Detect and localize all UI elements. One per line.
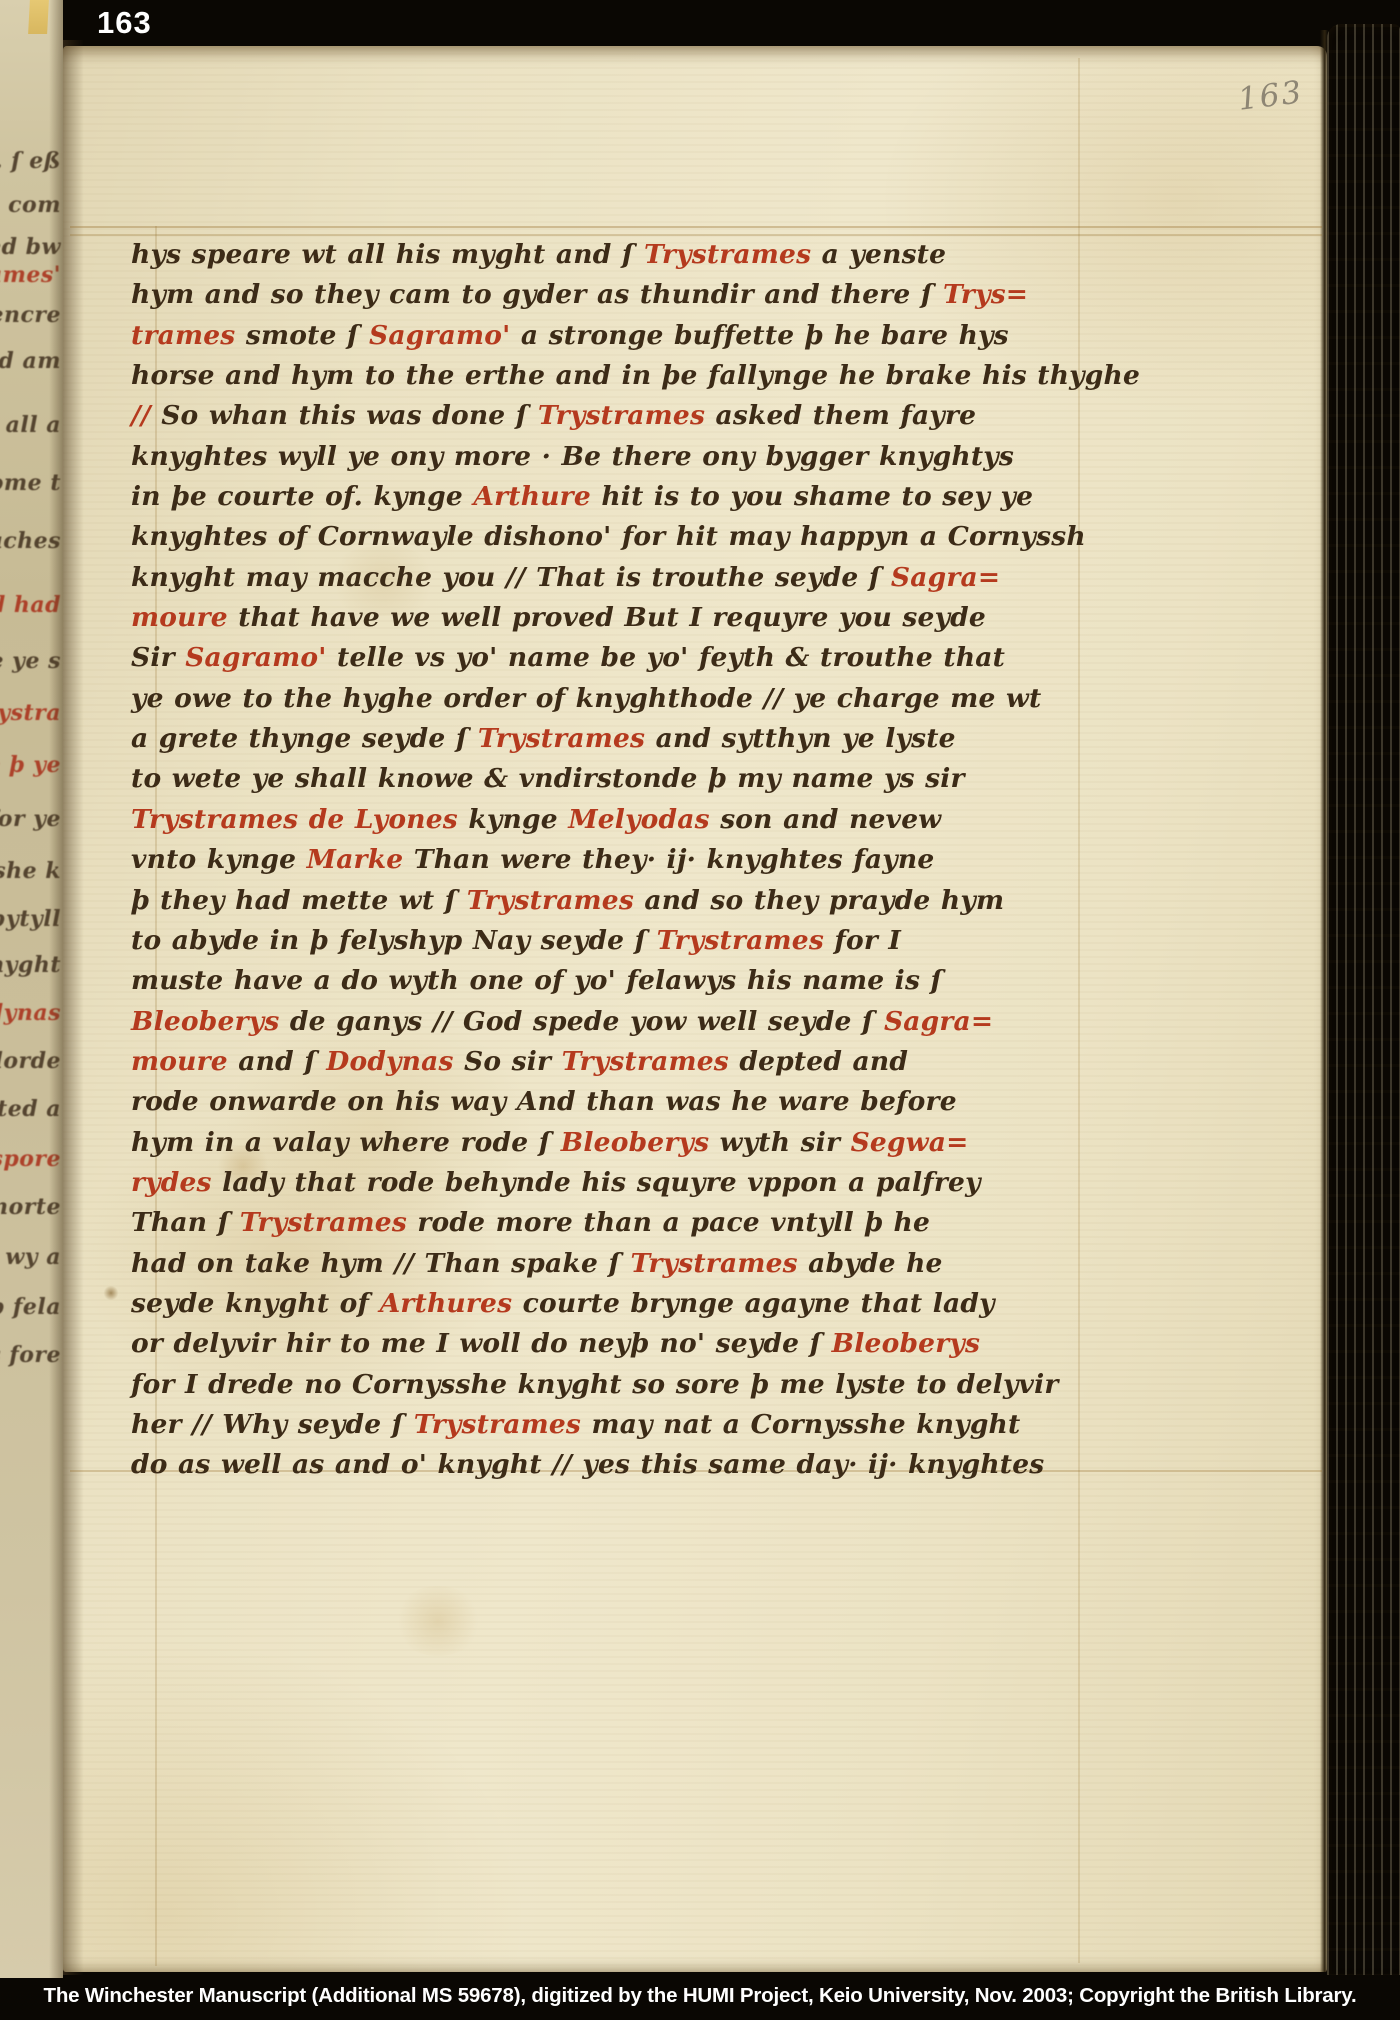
manuscript-line: hym and so they cam to gyder as thundir … xyxy=(131,275,1091,315)
rubricated-name: Trystrames xyxy=(478,723,645,754)
ink-text: So sir xyxy=(454,1046,562,1077)
rubricated-name: Trystrames de Lyones xyxy=(131,804,458,835)
ink-text: son and nevew xyxy=(710,804,942,835)
facing-page-text-fragment: they come t xyxy=(0,470,61,496)
ink-text: So whan this was done ſ xyxy=(161,400,538,431)
ink-text: for I xyxy=(824,925,901,956)
facing-page-text-fragment: yded bw xyxy=(0,234,61,260)
manuscript-text-block: hys speare wt all his myght and ſ Trystr… xyxy=(131,235,1091,1486)
ink-text: knyghtes wyll ye ony more · Be there ony… xyxy=(131,441,1014,472)
page-number-overlay: 163 xyxy=(97,5,152,41)
facing-page-text-fragment: omue þ ye xyxy=(0,752,61,778)
ink-text: de ganys // God spede yow well seyde ſ xyxy=(279,1006,883,1037)
ink-text: hym and so they cam to gyder as thundir … xyxy=(131,279,943,310)
ink-text: for I drede no Cornysshe knyght so sore … xyxy=(131,1369,1059,1400)
ink-text: and sytthyn ye lyste xyxy=(645,723,956,754)
ink-text: seyde knyght of xyxy=(131,1288,380,1319)
rubricated-name: Trys= xyxy=(943,279,1028,310)
ink-text: to wete ye shall knowe & vndirstonde þ m… xyxy=(131,763,965,794)
rubricated-name: Trystrames xyxy=(657,925,824,956)
ink-text: hym in a valay where rode ſ xyxy=(131,1127,561,1158)
manuscript-line: moure that have we well proved But I req… xyxy=(131,598,1091,638)
ink-text: had on take hym // Than spake ſ xyxy=(131,1248,630,1279)
facing-page-text-fragment: rstrames' xyxy=(0,262,61,288)
manuscript-line: horse and hym to the erthe and in þe fal… xyxy=(131,356,1091,396)
rubricated-name: Trystrames xyxy=(240,1207,407,1238)
facing-page-text-fragment: ay' for ye xyxy=(0,806,61,832)
rubricated-name: Dodynas xyxy=(326,1046,453,1077)
bookmark-tab xyxy=(28,0,49,34)
rubricated-name: Trystrames xyxy=(414,1409,581,1440)
caption-bar: The Winchester Manuscript (Additional MS… xyxy=(0,1972,1400,2020)
manuscript-line: vnto kynge Marke Than were they· ij· kny… xyxy=(131,840,1091,880)
ink-text: Than ſ xyxy=(131,1207,240,1238)
caption-text: The Winchester Manuscript (Additional MS… xyxy=(44,1984,1357,2008)
ruling-line-top-1 xyxy=(70,226,1322,228)
rubricated-name: Bleoberys xyxy=(832,1328,980,1359)
ink-text: a yenste xyxy=(811,239,946,270)
rubricated-name: Segwa= xyxy=(851,1127,969,1158)
ink-text: may nat a Cornysshe knyght xyxy=(581,1409,1020,1440)
ink-text: that have we well proved But I requyre y… xyxy=(228,602,986,633)
facing-page-text-fragment: d I and am xyxy=(0,348,61,374)
manuscript-line: þ they had mette wt ſ Trystrames and so … xyxy=(131,881,1091,921)
rubricated-name: Trystrames xyxy=(538,400,705,431)
ink-text: in þe courte of. kynge xyxy=(131,481,473,512)
facing-page-text-fragment: epted a xyxy=(0,1096,61,1122)
facing-page-text-fragment: t bytyll xyxy=(0,906,61,932)
manuscript-line: her // Why seyde ſ Trystrames may nat a … xyxy=(131,1405,1091,1445)
facing-page-text-fragment: yo' lorde xyxy=(0,1048,61,1074)
ink-text: wyth sir xyxy=(709,1127,850,1158)
rubricated-name: // xyxy=(131,400,161,431)
manuscript-line: in þe courte of. kynge Arthure hit is to… xyxy=(131,477,1091,517)
facing-page-text-fragment: es' and had xyxy=(0,592,61,618)
manuscript-line: to wete ye shall knowe & vndirstonde þ m… xyxy=(131,759,1091,799)
ink-text: knyghtes of Cornwayle dishono' for hit m… xyxy=(131,521,1086,552)
ink-text: rode onwarde on his way And than was he … xyxy=(131,1086,957,1117)
rubricated-name: Arthure xyxy=(473,481,591,512)
facing-page-text-fragment: . y. ſ eß xyxy=(0,148,61,174)
rubricated-name: Marke xyxy=(307,844,404,875)
rubricated-name: Sagra= xyxy=(891,562,1000,593)
ink-text: or delyvir hir to me I woll do neyþ no' … xyxy=(131,1328,832,1359)
rubricated-name: Sagramo' xyxy=(185,642,326,673)
fore-edge-page-stack xyxy=(1327,24,1400,1975)
manuscript-line: knyghtes of Cornwayle dishono' for hit m… xyxy=(131,517,1091,557)
ink-text: lady that rode behynde his squyre vppon … xyxy=(212,1167,981,1198)
rubricated-name: Bleoberys xyxy=(131,1006,279,1037)
manuscript-line: hym in a valay where rode ſ Bleoberys wy… xyxy=(131,1123,1091,1163)
facing-page-text-fragment: m fnyght xyxy=(0,952,61,978)
facing-page-edge-strip: . y. ſ eßoode comyded bwrstrames'ole to … xyxy=(0,0,63,1978)
ink-text: depted and xyxy=(729,1046,908,1077)
facing-page-text-fragment: a ſ Trystra xyxy=(0,700,61,726)
facing-page-text-fragment: wyth all a xyxy=(0,412,61,438)
manuscript-line: Trystrames de Lyones kynge Melyodas son … xyxy=(131,800,1091,840)
ink-text: þ they had mette wt ſ xyxy=(131,885,467,916)
rubricated-name: rydes xyxy=(131,1167,212,1198)
facing-page-text-fragment: oode com xyxy=(0,192,61,218)
manuscript-line: rydes lady that rode behynde his squyre … xyxy=(131,1163,1091,1203)
manuscript-line: had on take hym // Than spake ſ Trystram… xyxy=(131,1244,1091,1284)
facing-page-text-fragment: ole to encre xyxy=(0,302,61,328)
ink-text: hys speare wt all his myght and ſ xyxy=(131,239,644,270)
rubricated-name: moure xyxy=(131,1046,228,1077)
ink-text: asked them fayre xyxy=(705,400,976,431)
manuscript-line: rode onwarde on his way And than was he … xyxy=(131,1082,1091,1122)
facing-page-text-fragment: Sir be ye s xyxy=(0,648,61,674)
ink-text: knyght may macche you // That is trouthe… xyxy=(131,562,891,593)
manuscript-line: trames smote ſ Sagramo' a stronge buffet… xyxy=(131,316,1091,356)
facing-page-text-fragment: and wy a xyxy=(0,1244,61,1270)
page-edge-crease xyxy=(1320,30,1328,1972)
fore-edge-streaks xyxy=(1327,24,1400,1975)
rubricated-name: Melyodas xyxy=(568,804,710,835)
facing-page-text-fragment: waes fore xyxy=(0,1342,61,1368)
manuscript-line: Bleoberys de ganys // God spede yow well… xyxy=(131,1002,1091,1042)
ink-text: her // Why seyde ſ xyxy=(131,1409,414,1440)
ink-text: Sir xyxy=(131,642,185,673)
manuscript-line: for I drede no Cornysshe knyght so sore … xyxy=(131,1365,1091,1405)
manuscript-line: // So whan this was done ſ Trystrames as… xyxy=(131,396,1091,436)
gutter-shadow xyxy=(63,40,89,1975)
manuscript-line: or delyvir hir to me I woll do neyþ no' … xyxy=(131,1324,1091,1364)
rubricated-name: Bleoberys xyxy=(561,1127,709,1158)
ink-text: vnto kynge xyxy=(131,844,307,875)
facing-page-text-fragment: nysshe k xyxy=(0,858,61,884)
manuscript-line: hys speare wt all his myght and ſ Trystr… xyxy=(131,235,1091,275)
manuscript-line: Sir Sagramo' telle vs yo' name be yo' fe… xyxy=(131,638,1091,678)
ink-text: kynge xyxy=(458,804,568,835)
manuscript-line: moure and ſ Dodynas So sir Trystrames de… xyxy=(131,1042,1091,1082)
ink-text: rode more than a pace vntyll þ he xyxy=(407,1207,930,1238)
facing-page-text-fragment: mauches xyxy=(0,528,61,554)
ink-text: smote ſ xyxy=(235,320,369,351)
ink-text: a grete thynge seyde ſ xyxy=(131,723,478,754)
ink-text: to abyde in þ felyshyp Nay seyde ſ xyxy=(131,925,657,956)
manuscript-line: Than ſ Trystrames rode more than a pace … xyxy=(131,1203,1091,1243)
ink-text: and so they prayde hym xyxy=(634,885,1004,916)
manuscript-line: knyght may macche you // That is trouthe… xyxy=(131,558,1091,598)
ink-text: horse and hym to the erthe and in þe fal… xyxy=(131,360,1140,391)
facing-page-text-fragment: nas' spore xyxy=(0,1146,61,1172)
rubricated-name: Trystrames xyxy=(644,239,811,270)
rubricated-name: Trystrames xyxy=(467,885,634,916)
ink-text: courte brynge agayne that lady xyxy=(512,1288,995,1319)
manuscript-line: a grete thynge seyde ſ Trystrames and sy… xyxy=(131,719,1091,759)
ink-text: Than were they· ij· knyghtes fayne xyxy=(403,844,934,875)
facing-page-text-fragment: d a morte xyxy=(0,1194,61,1220)
rubricated-name: Trystrames xyxy=(562,1046,729,1077)
ink-text: hit is to you shame to sey ye xyxy=(591,481,1033,512)
ink-text: do as well as and o' knyght // yes this … xyxy=(131,1449,1044,1480)
ink-text: a stronge buffette þ he bare hys xyxy=(510,320,1008,351)
manuscript-line: do as well as and o' knyght // yes this … xyxy=(131,1445,1091,1485)
rubricated-name: Arthures xyxy=(380,1288,513,1319)
ink-text: abyde he xyxy=(798,1248,943,1279)
rubricated-name: moure xyxy=(131,602,228,633)
ink-text: ye owe to the hyghe order of knyghthode … xyxy=(131,683,1041,714)
manuscript-line: seyde knyght of Arthures courte brynge a… xyxy=(131,1284,1091,1324)
manuscript-line: knyghtes wyll ye ony more · Be there ony… xyxy=(131,437,1091,477)
manuscript-line: to abyde in þ felyshyp Nay seyde ſ Tryst… xyxy=(131,921,1091,961)
manuscript-line: muste have a do wyth one of yo' felawys … xyxy=(131,961,1091,1001)
ink-text: muste have a do wyth one of yo' felawys … xyxy=(131,965,942,996)
ink-text: telle vs yo' name be yo' feyth & trouthe… xyxy=(327,642,1006,673)
manuscript-line: ye owe to the hyghe order of knyghthode … xyxy=(131,679,1091,719)
rubricated-name: trames xyxy=(131,320,235,351)
rubricated-name: Sagra= xyxy=(884,1006,993,1037)
facing-page-text-fragment: un þ fela xyxy=(0,1294,61,1320)
rubricated-name: Sagramo' xyxy=(369,320,510,351)
ink-text: and ſ xyxy=(228,1046,326,1077)
rubricated-name: Trystrames xyxy=(630,1248,797,1279)
facing-page-text-fragment: Dodynas xyxy=(0,1000,61,1026)
